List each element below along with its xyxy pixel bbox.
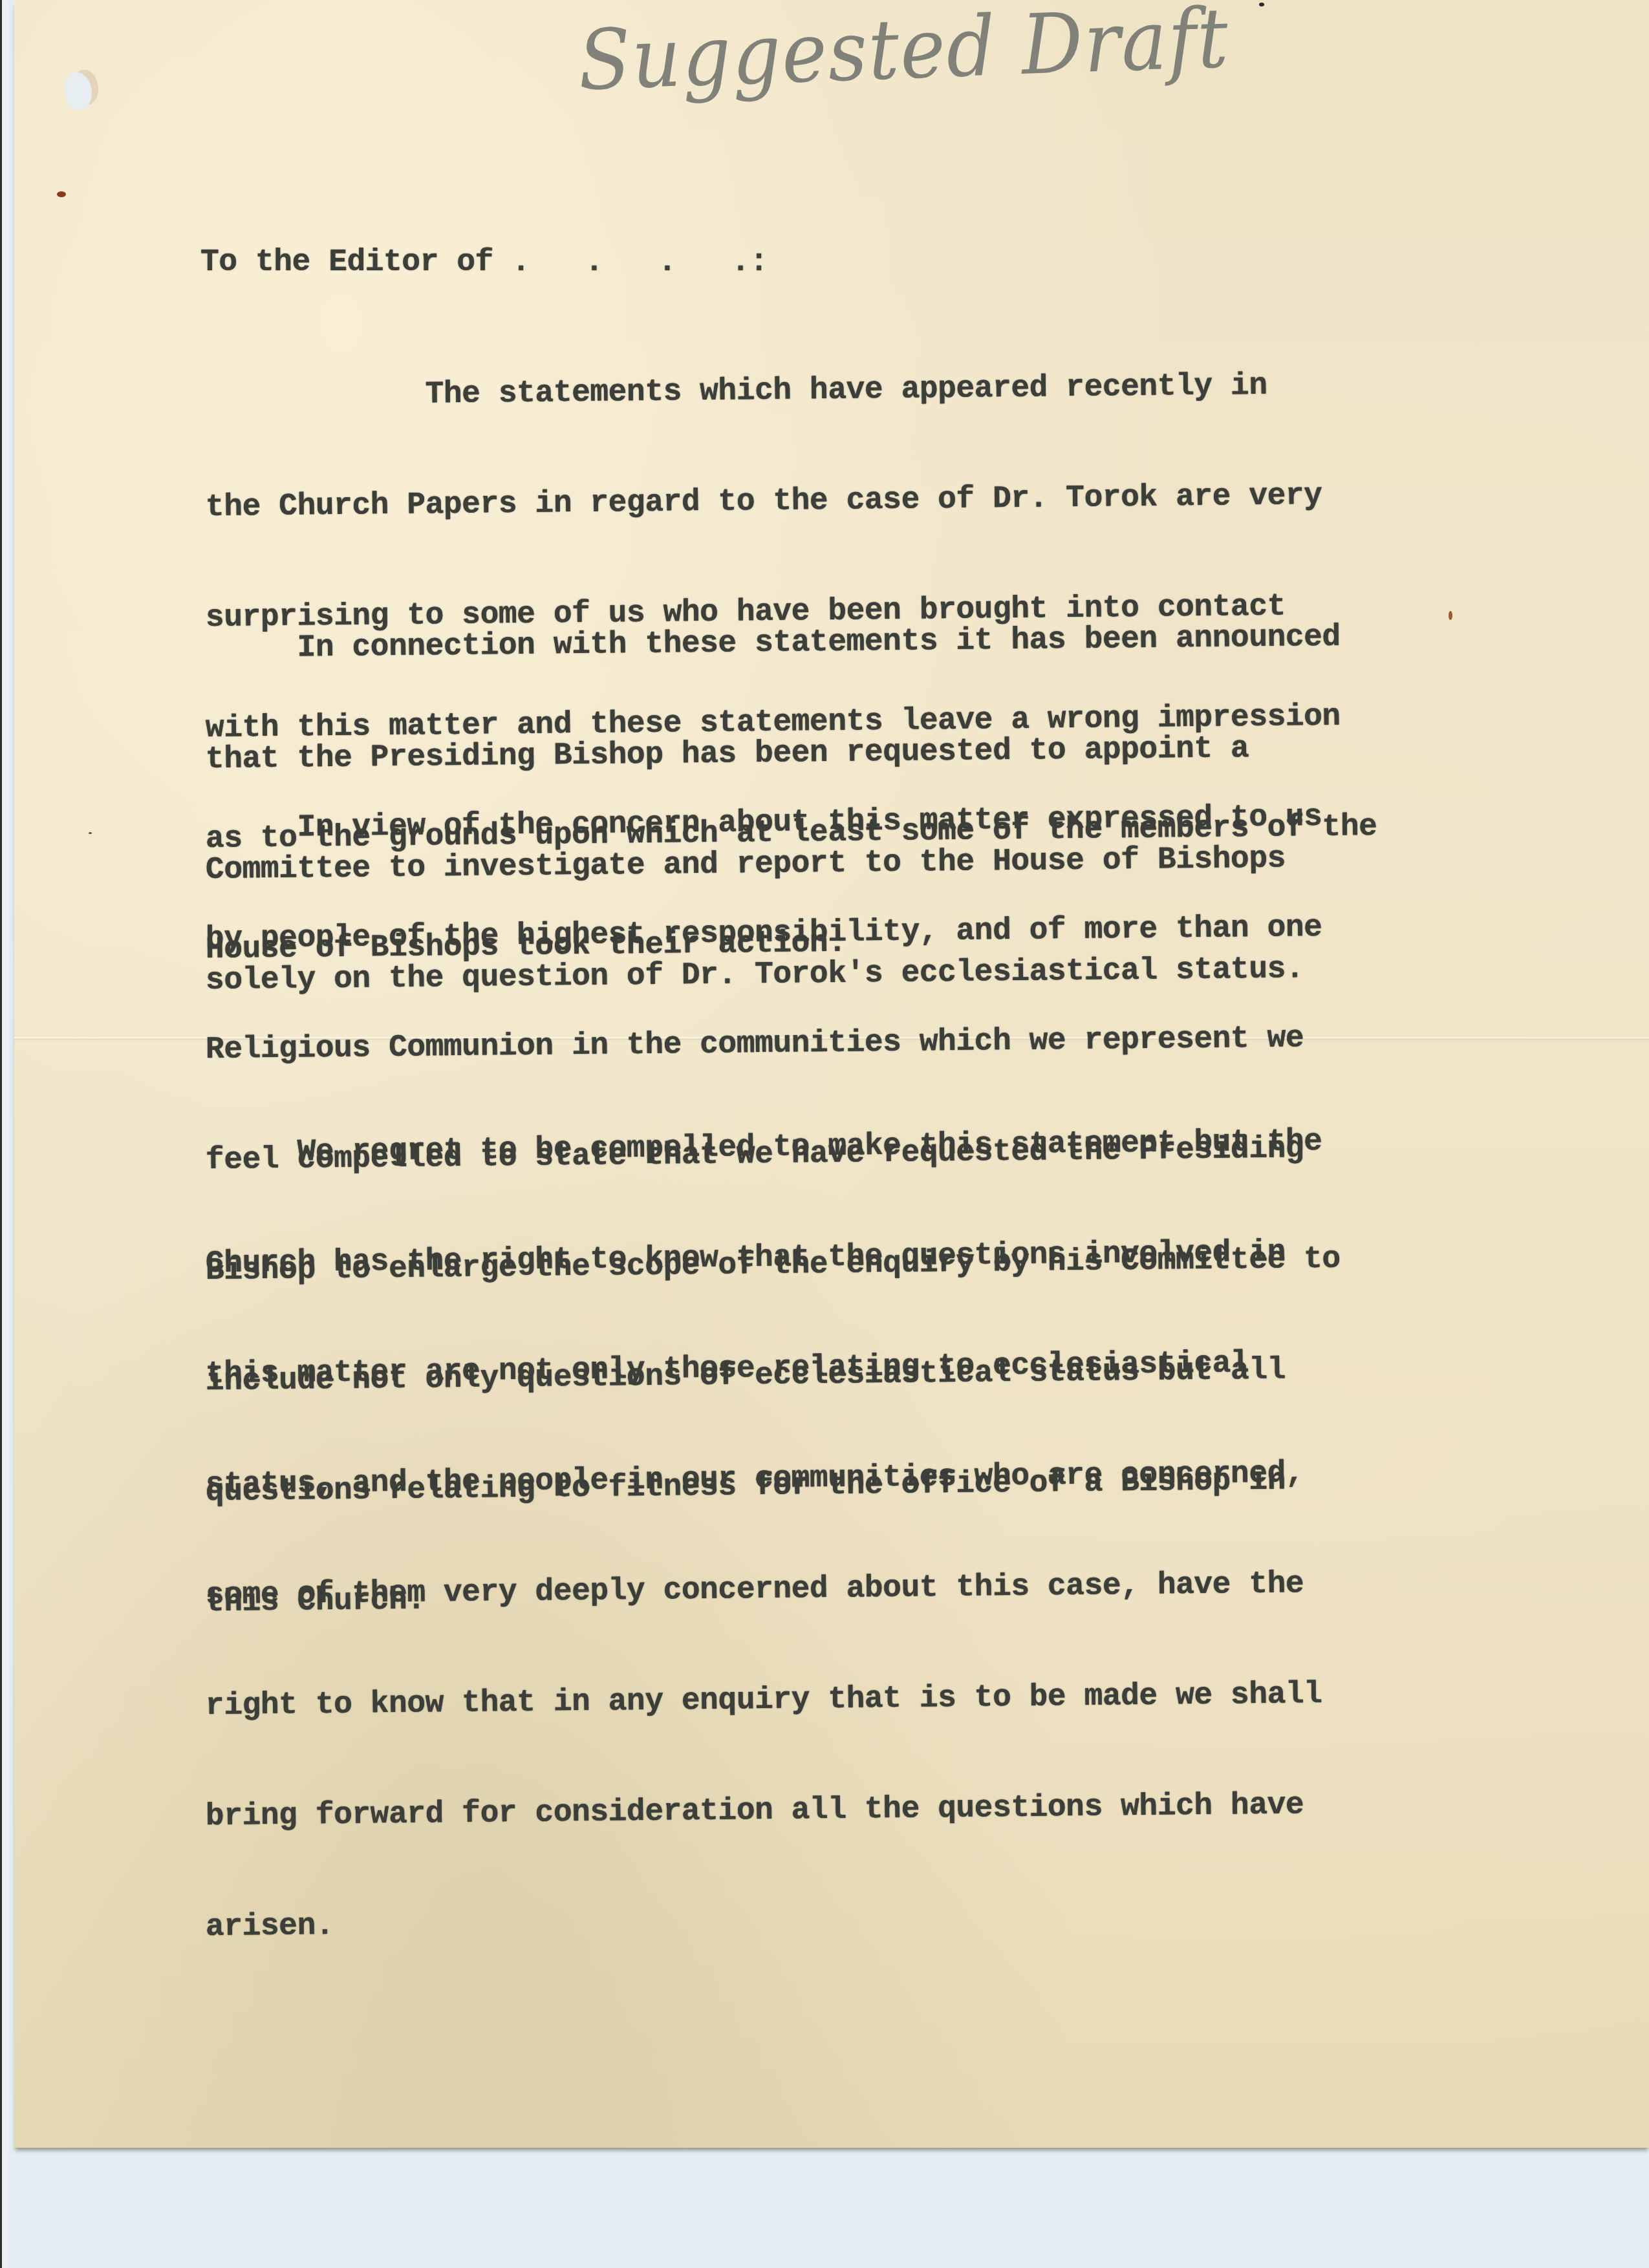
- scanner-edge: [0, 0, 9, 2268]
- text-line: the Church Papers in regard to the case …: [206, 477, 1377, 526]
- handwritten-annotation: Suggested Draft: [577, 0, 1231, 109]
- text-line: In connection with these statements it h…: [206, 619, 1341, 668]
- text-line: status, and the people in our communitie…: [206, 1455, 1322, 1504]
- text-line: We regret to be compelled to make this s…: [206, 1124, 1322, 1172]
- text-line: right to know that in any enquiry that i…: [206, 1676, 1322, 1725]
- paragraph-4: We regret to be compelled to make this s…: [206, 1062, 1322, 2020]
- paper-sheet: Suggested Draft To the Editor of . . . .…: [14, 0, 1649, 2148]
- text-line: Church has the right to know that the qu…: [206, 1234, 1322, 1283]
- text-line: The statements which have appeared recen…: [206, 367, 1377, 416]
- rust-stain: [57, 191, 66, 197]
- salutation: To the Editor of . . . .:: [200, 244, 768, 281]
- text-line: by people of the highest responsibility,…: [206, 910, 1341, 958]
- text-line: this matter are not only those relating …: [206, 1345, 1322, 1393]
- ink-speck: [1259, 3, 1264, 6]
- ink-speck: [89, 832, 92, 834]
- text-line: In view of the concern about this matter…: [206, 799, 1341, 848]
- rust-stain: [1449, 611, 1452, 620]
- text-line: arisen.: [206, 1898, 1322, 1946]
- text-line: bring forward for consideration all the …: [206, 1787, 1322, 1835]
- punched-hole: [65, 72, 92, 110]
- text-line: some of them very deeply concerned about…: [206, 1566, 1322, 1614]
